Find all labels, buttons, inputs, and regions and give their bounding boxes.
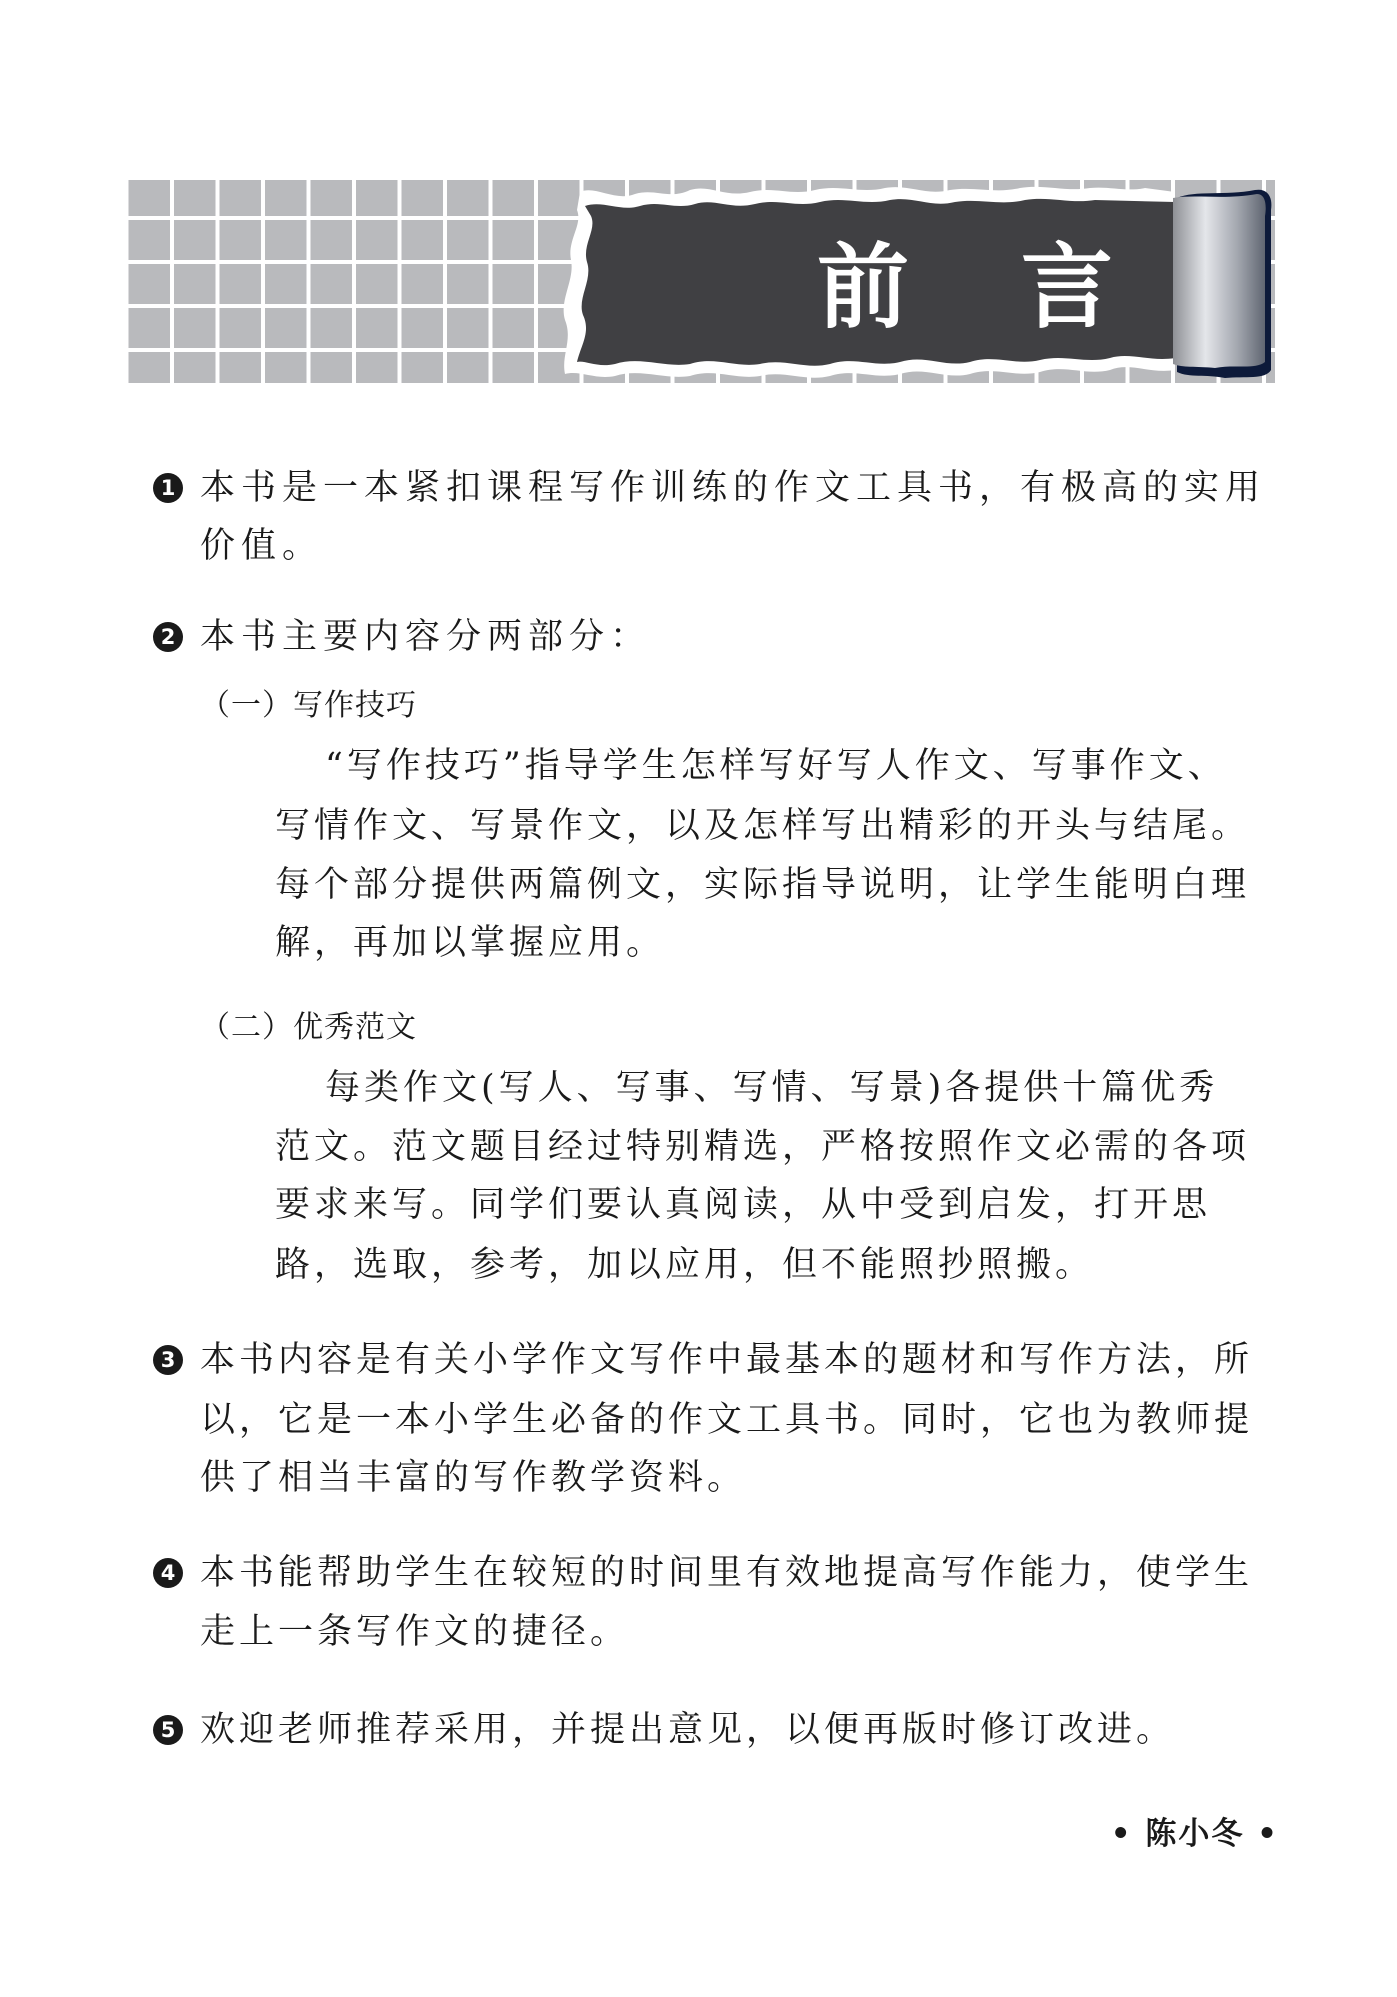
circled-number-3-icon: 3	[153, 1345, 183, 1375]
title-banner: 前 言	[125, 180, 1275, 383]
section-1-line-4: 解，再加以掌握应用。	[275, 921, 665, 965]
author-signature: • 陈小冬 •	[1111, 1812, 1279, 1856]
section-2-line-4: 路，选取，参考，加以应用，但不能照抄照搬。	[275, 1243, 1094, 1287]
page-title: 前 言	[705, 210, 1225, 350]
circled-number-1-icon: 1	[153, 473, 183, 503]
section-1-line-2: 写情作文、写景作文，以及怎样写出精彩的开头与结尾。	[275, 804, 1250, 848]
section-2-line-3: 要求来写。同学们要认真阅读，从中受到启发，打开思	[275, 1183, 1211, 1227]
section-2-line-2: 范文。范文题目经过特别精选，严格按照作文必需的各项	[275, 1125, 1250, 1169]
item-3-line-3: 供了相当丰富的写作教学资料。	[200, 1456, 746, 1500]
section-heading-model-essays: （二）优秀范文	[200, 1008, 417, 1048]
item-3-line-2: 以，它是一本小学生必备的作文工具书。同时，它也为教师提	[200, 1398, 1253, 1442]
item-1-line-2: 价值。	[200, 524, 323, 568]
circled-number-5-icon: 5	[153, 1715, 183, 1745]
item-4-line-1: 本书能帮助学生在较短的时间里有效地提高写作能力，使学生	[200, 1551, 1253, 1595]
item-3-line-1: 本书内容是有关小学作文写作中最基本的题材和写作方法，所	[200, 1338, 1253, 1382]
section-2-line-1: 每类作文(写人、写事、写情、写景)各提供十篇优秀	[325, 1066, 1218, 1110]
item-4-line-2: 走上一条写作文的捷径。	[200, 1610, 629, 1654]
circled-number-4-icon: 4	[153, 1558, 183, 1588]
section-heading-writing-skills: （一）写作技巧	[200, 686, 417, 726]
item-2-line-1: 本书主要内容分两部分：	[200, 615, 651, 659]
section-1-line-1: “写作技巧”指导学生怎样写好写人作文、写事作文、	[325, 744, 1227, 788]
item-1-line-1: 本书是一本紧扣课程写作训练的作文工具书，有极高的实用	[200, 466, 1266, 510]
item-5-line-1: 欢迎老师推荐采用，并提出意见，以便再版时修订改进。	[200, 1708, 1175, 1752]
section-1-line-3: 每个部分提供两篇例文，实际指导说明，让学生能明白理	[275, 863, 1250, 907]
circled-number-2-icon: 2	[153, 622, 183, 652]
